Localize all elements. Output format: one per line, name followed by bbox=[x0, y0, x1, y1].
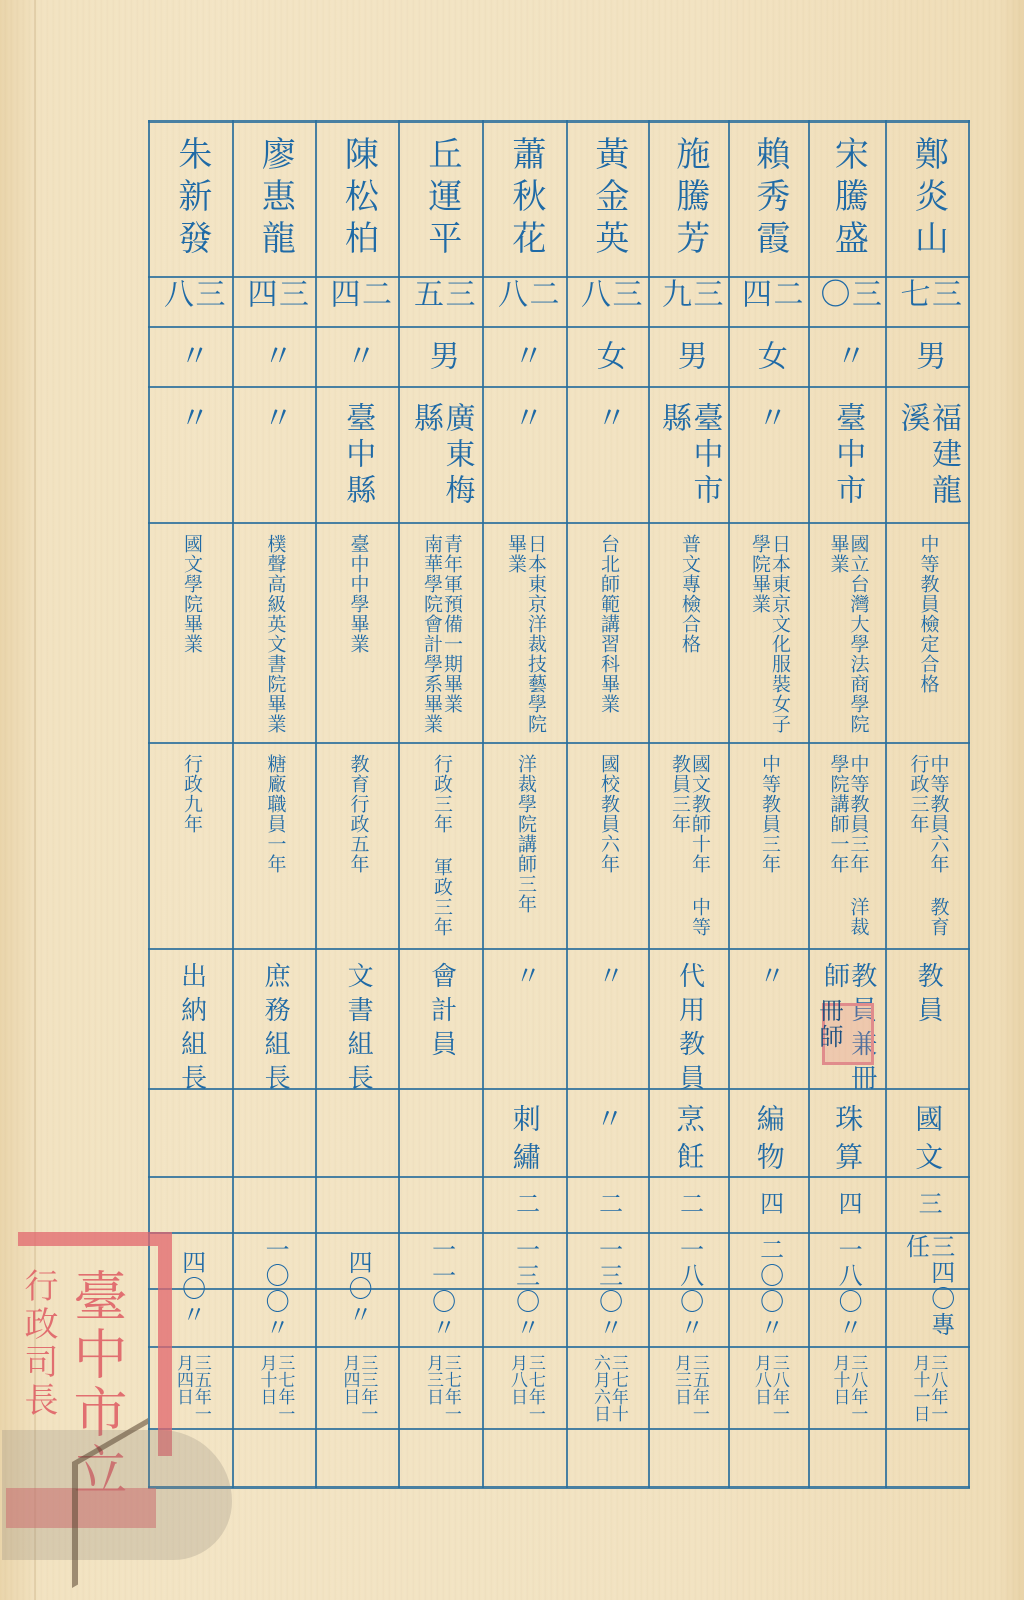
person-origin: 臺中市 bbox=[812, 388, 883, 534]
person-origin: 〃 bbox=[570, 388, 646, 534]
person-position: 出納組長 bbox=[152, 950, 230, 1098]
person-salary-grade: 二 bbox=[570, 1178, 646, 1230]
person-age: 二八 bbox=[486, 278, 564, 324]
person-name: 黃金英 bbox=[570, 122, 646, 288]
person-position: 會計員 bbox=[402, 950, 480, 1098]
person-salary-grade bbox=[319, 1178, 396, 1230]
grid-column-line bbox=[398, 120, 400, 1488]
person-name: 賴秀霞 bbox=[732, 122, 806, 288]
person-position: 〃 bbox=[486, 950, 564, 1098]
person-education: 國文學院畢業 bbox=[152, 524, 230, 750]
grid-column-line bbox=[566, 120, 568, 1488]
person-experience: 國文教師十年 中等教員三年 bbox=[652, 744, 726, 956]
person-salary: 一三〇〃 bbox=[486, 1234, 564, 1344]
person-name: 施騰芳 bbox=[652, 122, 726, 288]
person-education: 國立台灣大學法商學院畢業 bbox=[812, 524, 883, 750]
person-origin: 廣東梅縣 bbox=[402, 388, 480, 534]
person-education: 普文專檢合格 bbox=[652, 524, 726, 750]
person-position: 〃 bbox=[570, 950, 646, 1098]
person-hire-date: 三七年一月十日 bbox=[236, 1348, 313, 1432]
person-age: 二四 bbox=[319, 278, 396, 324]
person-subject: 〃 bbox=[570, 1090, 646, 1188]
person-salary: 二〇〇〃 bbox=[732, 1234, 806, 1344]
person-sex: 男 bbox=[402, 328, 480, 384]
person-hire-date: 三八年一月十日 bbox=[812, 1348, 883, 1432]
person-salary: 一一〇〃 bbox=[402, 1234, 480, 1344]
person-experience: 糖廠職員一年 bbox=[236, 744, 313, 956]
person-salary: 一八〇〃 bbox=[652, 1234, 726, 1344]
grid-column-line bbox=[728, 120, 730, 1488]
grid-row-line bbox=[148, 1486, 970, 1489]
person-experience: 中等教員三年 bbox=[732, 744, 806, 956]
grid-column-line bbox=[808, 120, 810, 1488]
person-name: 陳松柏 bbox=[319, 122, 396, 288]
grid-column-line bbox=[315, 120, 317, 1488]
person-position: 〃 bbox=[732, 950, 806, 1098]
person-sex: 男 bbox=[889, 328, 966, 384]
person-experience: 中等教員六年 教育行政三年 bbox=[889, 744, 966, 956]
person-age: 三七 bbox=[889, 278, 966, 324]
person-experience: 國校教員六年 bbox=[570, 744, 646, 956]
person-name: 廖惠龍 bbox=[236, 122, 313, 288]
person-salary: 四〇〃 bbox=[319, 1234, 396, 1344]
person-position: 文書組長 bbox=[319, 950, 396, 1098]
person-hire-date: 三七年一月三日 bbox=[402, 1348, 480, 1432]
person-age: 二四 bbox=[732, 278, 806, 324]
person-experience: 中等教員三年 洋裁學院講師一年 bbox=[812, 744, 883, 956]
person-sex: 〃 bbox=[486, 328, 564, 384]
person-salary-grade: 四 bbox=[812, 1178, 883, 1230]
person-hire-date: 三三年一月四日 bbox=[319, 1348, 396, 1432]
person-salary-grade bbox=[402, 1178, 480, 1230]
person-subject bbox=[236, 1090, 313, 1188]
person-sex: 男 bbox=[652, 328, 726, 384]
person-education: 臺中中學畢業 bbox=[319, 524, 396, 750]
person-hire-date: 三八年一月八日 bbox=[732, 1348, 806, 1432]
person-position: 代用教員 bbox=[652, 950, 726, 1098]
person-education: 台北師範講習科畢業 bbox=[570, 524, 646, 750]
person-salary-grade bbox=[152, 1178, 230, 1230]
person-origin: 〃 bbox=[486, 388, 564, 534]
grid-column-line bbox=[968, 120, 970, 1488]
person-hire-date: 三七年十六月六日 bbox=[570, 1348, 646, 1432]
person-origin: 臺中市縣 bbox=[652, 388, 726, 534]
person-subject bbox=[319, 1090, 396, 1188]
person-origin: 臺中縣 bbox=[319, 388, 396, 534]
person-salary-grade: 二 bbox=[486, 1178, 564, 1230]
person-subject: 烹飪 bbox=[652, 1090, 726, 1188]
person-experience: 行政九年 bbox=[152, 744, 230, 956]
person-age: 三〇 bbox=[812, 278, 883, 324]
person-age: 三四 bbox=[236, 278, 313, 324]
person-subject: 刺繡 bbox=[486, 1090, 564, 1188]
person-experience: 洋裁學院講師三年 bbox=[486, 744, 564, 956]
person-subject: 國文 bbox=[889, 1090, 966, 1188]
person-age: 三八 bbox=[152, 278, 230, 324]
person-sex: 〃 bbox=[319, 328, 396, 384]
person-origin: 〃 bbox=[152, 388, 230, 534]
person-subject: 珠算 bbox=[812, 1090, 883, 1188]
person-hire-date: 三五年一月三日 bbox=[652, 1348, 726, 1432]
person-position: 教員 bbox=[889, 950, 966, 1098]
person-age: 三九 bbox=[652, 278, 726, 324]
person-education: 中等教員檢定合格 bbox=[889, 524, 966, 750]
person-sex: 女 bbox=[732, 328, 806, 384]
person-experience: 行政三年 軍政三年 bbox=[402, 744, 480, 956]
person-sex: 〃 bbox=[152, 328, 230, 384]
person-experience: 教育行政五年 bbox=[319, 744, 396, 956]
person-salary-grade: 四 bbox=[732, 1178, 806, 1230]
person-salary-grade: 三 bbox=[889, 1178, 966, 1230]
person-sex: 女 bbox=[570, 328, 646, 384]
person-age: 三八 bbox=[570, 278, 646, 324]
person-education: 日本東京文化服裝女子學院畢業 bbox=[732, 524, 806, 750]
person-name: 蕭秋花 bbox=[486, 122, 564, 288]
person-name: 宋騰盛 bbox=[812, 122, 883, 288]
person-salary-grade: 二 bbox=[652, 1178, 726, 1230]
grid-column-line bbox=[885, 120, 887, 1488]
person-name: 朱新發 bbox=[152, 122, 230, 288]
person-sex: 〃 bbox=[812, 328, 883, 384]
person-name: 丘運平 bbox=[402, 122, 480, 288]
person-education: 樸聲高級英文書院畢業 bbox=[236, 524, 313, 750]
person-origin: 〃 bbox=[236, 388, 313, 534]
grid-column-line bbox=[232, 120, 234, 1488]
grid-column-line bbox=[648, 120, 650, 1488]
person-education: 青年軍預備一期畢業 南華學院會計學系畢業 bbox=[402, 524, 480, 750]
person-salary: 三四〇專任 bbox=[889, 1234, 966, 1344]
official-seal-sub-text: 行政司長 bbox=[14, 1268, 63, 1420]
person-age: 三五 bbox=[402, 278, 480, 324]
approval-stamp-text: 冊師 bbox=[812, 998, 847, 1050]
person-origin: 〃 bbox=[732, 388, 806, 534]
person-origin: 福建龍溪 bbox=[889, 388, 966, 534]
person-hire-date: 三七年一月八日 bbox=[486, 1348, 564, 1432]
person-salary: 一八〇〃 bbox=[812, 1234, 883, 1344]
person-position: 庶務組長 bbox=[236, 950, 313, 1098]
grid-column-line bbox=[482, 120, 484, 1488]
person-sex: 〃 bbox=[236, 328, 313, 384]
person-subject: 編物 bbox=[732, 1090, 806, 1188]
person-subject bbox=[152, 1090, 230, 1188]
person-education: 日本東京洋裁技藝學院畢業 bbox=[486, 524, 564, 750]
person-hire-date: 三八年一月十一日 bbox=[889, 1348, 966, 1432]
person-salary: 一〇〇〃 bbox=[236, 1234, 313, 1344]
person-salary: 一三〇〃 bbox=[570, 1234, 646, 1344]
person-subject bbox=[402, 1090, 480, 1188]
person-salary-grade bbox=[236, 1178, 313, 1230]
person-name: 鄭炎山 bbox=[889, 122, 966, 288]
